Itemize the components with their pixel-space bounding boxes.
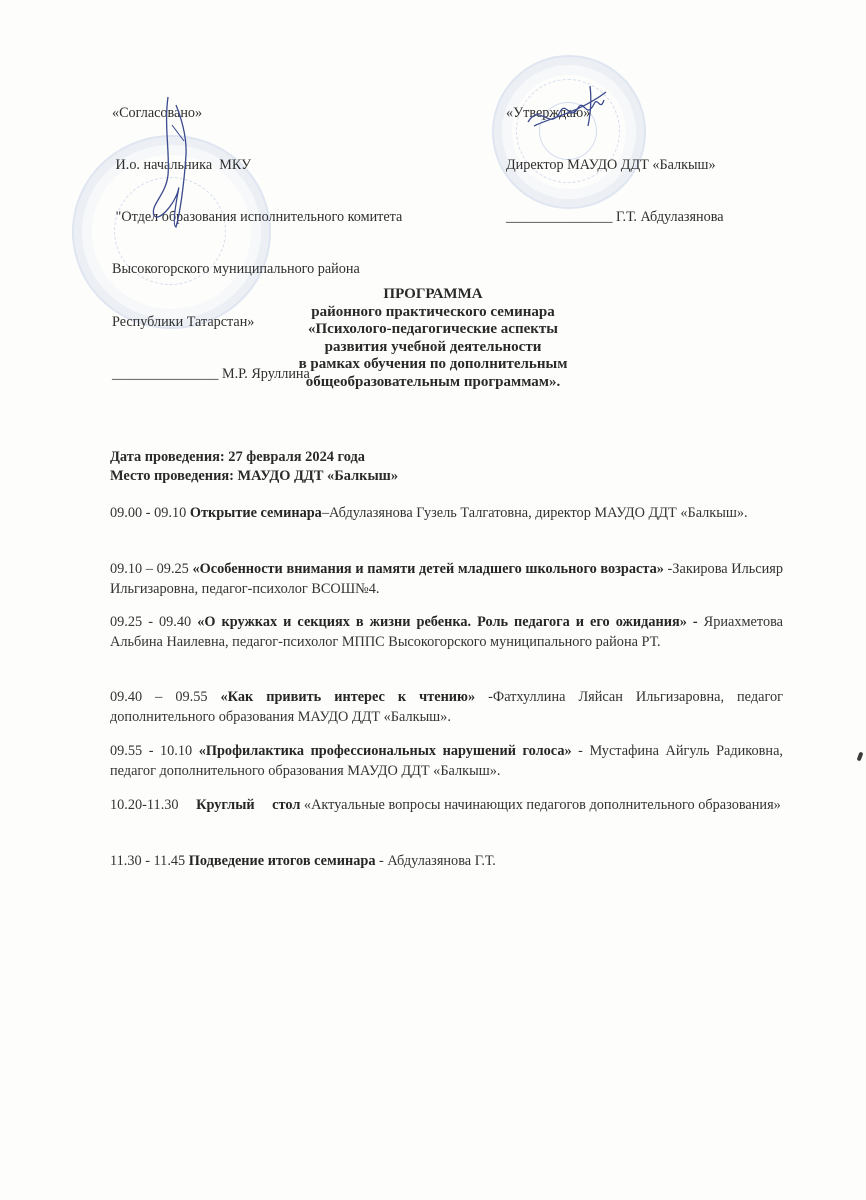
agenda-topic: Открытие семинара [190,505,322,521]
program-title-line1: районного практического семинара [0,304,866,322]
seminar-meta: Дата проведения: 27 февраля 2024 года Ме… [110,448,398,486]
agenda-topic: Подведение итогов семинара [189,853,376,869]
program-title-line2: «Психолого-педагогические аспекты [0,321,866,339]
agenda-item: 09.00 - 09.10 Открытие семинара–Абдулазя… [110,504,783,524]
seminar-place: Место проведения: МАУДО ДДТ «Балкыш» [110,467,398,486]
agenda-time: 09.40 – 09.55 [110,689,221,705]
agenda-time: 10.20-11.30 [110,797,196,813]
agenda-topic: «Профилактика профессиональных нарушений… [199,743,572,759]
agenda-item: 11.30 - 11.45 Подведение итогов семинара… [110,852,783,872]
agenda-topic: «Особенности внимания и памяти детей мла… [193,561,664,577]
program-title-line3: развития учебной деятельности [0,339,866,357]
program-title: ПРОГРАММА районного практического семина… [0,286,866,392]
agenda-item: 09.55 - 10.10 «Профилактика профессионал… [110,742,783,781]
approval-right-position: Директор МАУДО ДДТ «Балкыш» [506,157,724,174]
agenda-details: «Актуальные вопросы начинающих педагогов… [300,797,780,813]
agenda-time: 09.55 - 10.10 [110,743,199,759]
agenda-time: 11.30 - 11.45 [110,853,189,869]
approval-right-signature-line: _______________ Г.Т. Абдулазянова [506,209,724,226]
agenda-item: 09.25 - 09.40 «О кружках и секциях в жиз… [110,613,783,652]
agenda-time: 09.00 - 09.10 [110,505,190,521]
approval-right-label: «Утверждаю» [506,105,724,122]
approval-right-block: «Утверждаю» Директор МАУДО ДДТ «Балкыш» … [506,70,724,244]
agenda-topic: «О кружках и секциях в жизни ребенка. Ро… [197,614,697,630]
approval-left-org-line2: Высокогорского муниципального района [112,261,402,278]
seminar-date: Дата проведения: 27 февраля 2024 года [110,448,398,467]
approval-left-label: «Согласовано» [112,105,402,122]
program-title-line5: общеобразовательным программам». [0,374,866,392]
agenda-item: 10.20-11.30 Круглый стол «Актуальные воп… [110,796,783,816]
approval-left-position: И.о. начальника МКУ [112,157,402,174]
approval-left-org-line1: "Отдел образования исполнительного комит… [112,209,402,226]
agenda-details: - Абдулазянова Г.Т. [375,853,495,869]
ink-mark [857,752,864,762]
program-heading: ПРОГРАММА [0,286,866,304]
agenda-time: 09.10 – 09.25 [110,561,193,577]
agenda-item: 09.40 – 09.55 «Как привить интерес к чте… [110,688,783,727]
agenda-details: –Абдулазянова Гузель Талгатовна, директо… [322,505,748,521]
agenda-topic: «Как привить интерес к чтению» [221,689,476,705]
agenda-topic: Круглый стол [196,797,300,813]
agenda-time: 09.25 - 09.40 [110,614,197,630]
program-title-line4: в рамках обучения по дополнительным [0,356,866,374]
agenda-item: 09.10 – 09.25 «Особенности внимания и па… [110,560,783,599]
